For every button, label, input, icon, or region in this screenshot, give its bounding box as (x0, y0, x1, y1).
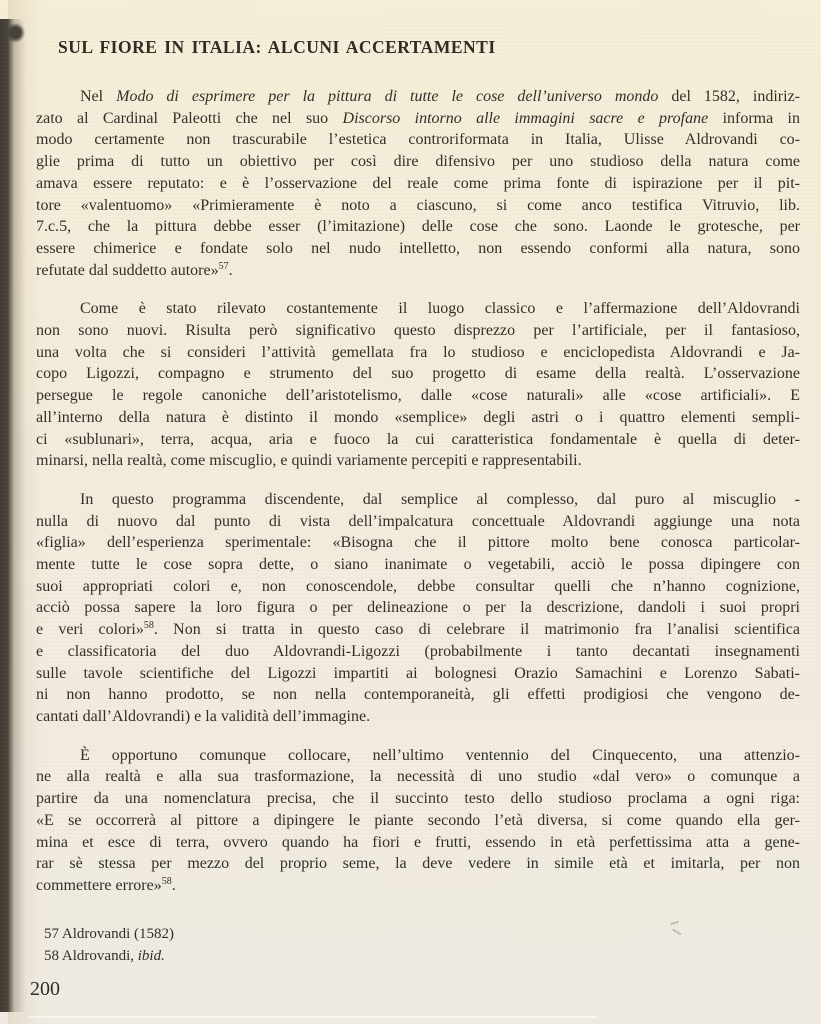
text-run: rar sè stessa per mezzo del proprio seme… (36, 855, 800, 872)
text-line: amava essere reputato: e è l’osservazion… (36, 173, 800, 195)
text-run: ne alla realtà e alla sua trasformazione… (36, 768, 800, 785)
text-line: e classificatoria del duo Aldovrandi-Lig… (36, 641, 800, 663)
text-line: persegue le regole canoniche dell’aristo… (36, 385, 800, 407)
text-run: . (172, 877, 176, 894)
paragraph: Come è stato rilevato costantemente il l… (36, 298, 800, 472)
text-line: tore «valentuomo» «Primieramente è noto … (36, 195, 800, 217)
text-line: ni non hanno prodotto, se non nella cont… (36, 684, 800, 706)
page-title: SUL FIORE IN ITALIA: ALCUNI ACCERTAMENTI (58, 37, 496, 58)
text-run: del 1582, indiriz- (658, 88, 800, 105)
text-line: Come è stato rilevato costantemente il l… (36, 298, 800, 320)
text-run: «figlia» dell’esperienza sperimentale: «… (36, 534, 800, 551)
text-run: e veri colori» (36, 621, 144, 638)
text-run: tore «valentuomo» «Primieramente è noto … (36, 197, 800, 214)
footnote-reference: 58 (162, 876, 172, 887)
text-line: minarsi, nella realtà, come miscuglio, e… (36, 450, 800, 472)
body-text: Nel Modo di esprimere per la pittura di … (36, 86, 800, 914)
text-run: Come è stato rilevato costantemente il l… (80, 300, 800, 317)
text-run: . (229, 262, 233, 279)
text-line: essere chimerice e fondate solo nel nudo… (36, 238, 800, 260)
text-run: 58 Aldrovandi, (44, 948, 138, 964)
footnote-reference: 57 (219, 261, 229, 272)
text-line: refutate dal suddetto autore»57. (36, 260, 800, 282)
text-run: . Non si tratta in questo caso di celebr… (154, 621, 800, 638)
text-run: refutate dal suddetto autore» (36, 262, 219, 279)
text-line: ci «sublunari», terra, acqua, aria e fuo… (36, 429, 800, 451)
text-run: Nel (80, 88, 116, 105)
footnote-reference: 58 (144, 620, 154, 631)
text-line: glie prima di tutto un obiettivo per cos… (36, 151, 800, 173)
text-run: non sono nuovi. Risulta però significati… (36, 322, 800, 339)
text-run: 57 Aldrovandi (1582) (44, 926, 174, 942)
italic-text-run: ibid. (138, 948, 165, 964)
footnote: 58 Aldrovandi, ibid. (44, 945, 544, 967)
text-run: persegue le regole canoniche dell’aristo… (36, 387, 800, 404)
text-run: partire da una nomenclatura precisa, che… (36, 790, 800, 807)
paragraph: È opportuno comunque collocare, nell’ult… (36, 745, 800, 897)
text-line: In questo programma discendente, dal sem… (36, 489, 800, 511)
text-line: nulla di nuovo dal punto di vista dell’i… (36, 511, 800, 533)
text-run: sulle tavole scientifiche del Ligozzi im… (36, 665, 800, 682)
text-run: commettere errore» (36, 877, 162, 894)
text-run: modo certamente non trascurabile l’estet… (36, 131, 800, 148)
text-run: all’interno della natura è distinto il m… (36, 409, 800, 426)
text-run: essere chimerice e fondate solo nel nudo… (36, 240, 800, 257)
text-line: non sono nuovi. Risulta però significati… (36, 320, 800, 342)
text-line: acciò possa sapere la loro figura o per … (36, 597, 800, 619)
italic-text-run: Modo di esprimere per la pittura di tutt… (116, 88, 658, 105)
footnotes: 57 Aldrovandi (1582)58 Aldrovandi, ibid. (44, 923, 544, 967)
text-run: una volta che si consideri l’attività ge… (36, 344, 800, 361)
text-run: nulla di nuovo dal punto di vista dell’i… (36, 513, 800, 530)
text-run: È opportuno comunque collocare, nell’ult… (80, 747, 800, 764)
paragraph: In questo programma discendente, dal sem… (36, 489, 800, 728)
text-run: informa in (708, 110, 800, 127)
footnote: 57 Aldrovandi (1582) (44, 923, 544, 945)
text-run: acciò possa sapere la loro figura o per … (36, 599, 800, 616)
text-run: mente tutte le cose sopra dette, o siano… (36, 556, 800, 573)
text-line: cantati dall’Aldovrandi) e la validità d… (36, 706, 800, 728)
text-line: mente tutte le cose sopra dette, o siano… (36, 554, 800, 576)
text-run: suoi appropriati colori e, non conoscend… (36, 578, 800, 595)
text-line: sulle tavole scientifiche del Ligozzi im… (36, 663, 800, 685)
text-run: amava essere reputato: e è l’osservazion… (36, 175, 800, 192)
text-run: minarsi, nella realtà, come miscuglio, e… (36, 452, 582, 469)
page-gutter-shadow (0, 19, 26, 1012)
text-line: ne alla realtà e alla sua trasformazione… (36, 766, 800, 788)
text-run: copo Ligozzi, compagno e strumento del s… (36, 365, 800, 382)
text-line: zato al Cardinal Paleotti che nel suo Di… (36, 108, 800, 130)
text-run: ci «sublunari», terra, acqua, aria e fuo… (36, 431, 800, 448)
text-line: copo Ligozzi, compagno e strumento del s… (36, 363, 800, 385)
text-line: suoi appropriati colori e, non conoscend… (36, 576, 800, 598)
paragraph: Nel Modo di esprimere per la pittura di … (36, 86, 800, 281)
text-line: e veri colori»58. Non si tratta in quest… (36, 619, 800, 641)
italic-text-run: Discorso intorno alle immagini sacre e p… (343, 110, 709, 127)
text-run: glie prima di tutto un obiettivo per cos… (36, 153, 800, 170)
text-line: Nel Modo di esprimere per la pittura di … (36, 86, 800, 108)
text-line: rar sè stessa per mezzo del proprio seme… (36, 853, 800, 875)
text-line: 7.c.5, che la pittura debbe esser (l’imi… (36, 216, 800, 238)
text-line: «E se occorrerà al pittore a dipingere l… (36, 810, 800, 832)
page-bottom-edge (28, 1016, 598, 1018)
text-line: partire da una nomenclatura precisa, che… (36, 788, 800, 810)
text-line: «figlia» dell’esperienza sperimentale: «… (36, 532, 800, 554)
text-run: mina et esce di terra, ovvero quando ha … (36, 834, 800, 851)
text-line: commettere errore»58. (36, 875, 800, 897)
text-line: modo certamente non trascurabile l’estet… (36, 129, 800, 151)
pencil-mark (668, 918, 684, 938)
text-run: In questo programma discendente, dal sem… (80, 491, 800, 508)
text-run: 7.c.5, che la pittura debbe esser (l’imi… (36, 218, 800, 235)
text-run: «E se occorrerà al pittore a dipingere l… (36, 812, 800, 829)
text-run: zato al Cardinal Paleotti che nel suo (36, 110, 343, 127)
text-line: È opportuno comunque collocare, nell’ult… (36, 745, 800, 767)
text-line: una volta che si consideri l’attività ge… (36, 342, 800, 364)
text-line: all’interno della natura è distinto il m… (36, 407, 800, 429)
text-run: e classificatoria del duo Aldovrandi-Lig… (36, 643, 800, 660)
text-run: ni non hanno prodotto, se non nella cont… (36, 686, 800, 703)
text-line: mina et esce di terra, ovvero quando ha … (36, 832, 800, 854)
page-number: 200 (30, 978, 60, 1001)
text-run: cantati dall’Aldovrandi) e la validità d… (36, 708, 370, 725)
